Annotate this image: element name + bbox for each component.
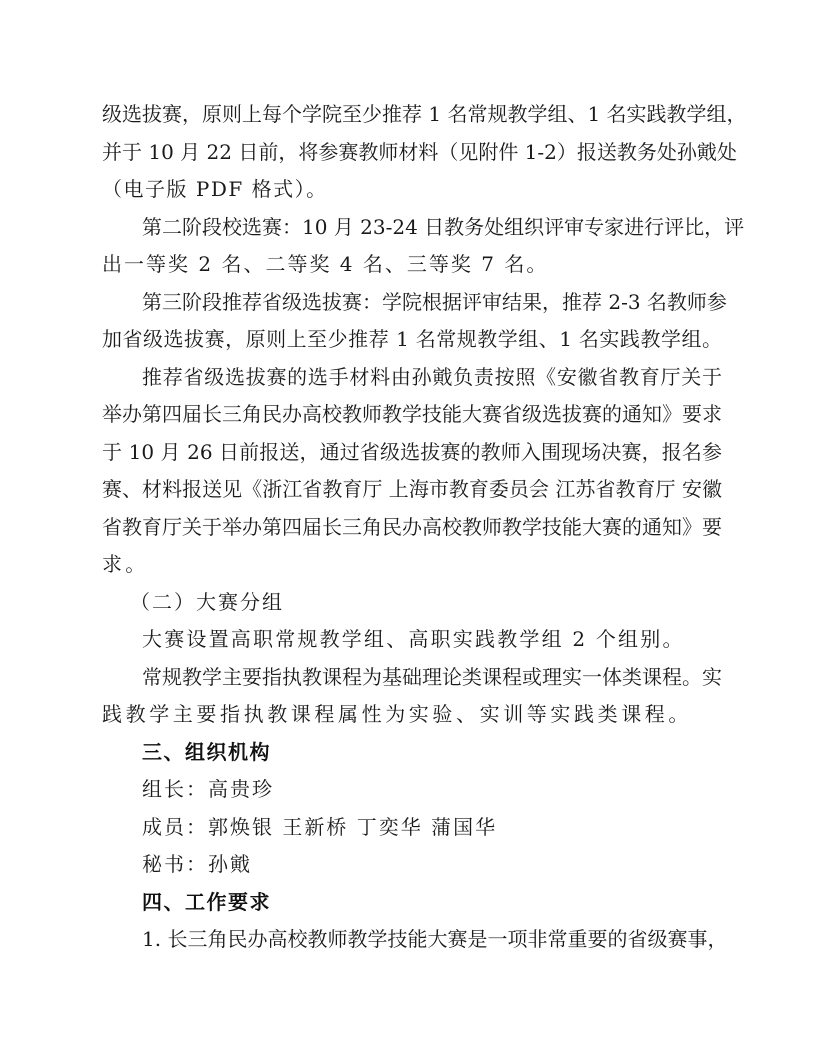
paragraph-line: 加省级选拔赛，原则上至少推荐 1 名常规教学组、1 名实践教学组。: [102, 324, 722, 354]
paragraph-line: 第二阶段校选赛：10 月 23-24 日教务处组织评审专家进行评比，评: [142, 212, 722, 242]
paragraph-line: 级选拔赛，原则上每个学院至少推荐 1 名常规教学组、1 名实践教学组，: [102, 99, 722, 129]
paragraph-line: 出一等奖 2 名、二等奖 4 名、三等奖 7 名。: [102, 249, 722, 279]
document-page: 级选拔赛，原则上每个学院至少推荐 1 名常规教学组、1 名实践教学组， 并于 1…: [0, 0, 816, 1056]
paragraph-line: 大赛设置高职常规教学组、高职实践教学组 2 个组别。: [142, 624, 722, 654]
paragraph-line: （电子版 PDF 格式）。: [102, 174, 722, 204]
paragraph-line: 秘书：孙戭: [142, 849, 722, 879]
section-heading: 四、工作要求: [142, 887, 722, 917]
paragraph-line: 举办第四届长三角民办高校教师教学技能大赛省级选拔赛的通知》要求: [102, 399, 722, 429]
paragraph-line: 践教学主要指执教课程属性为实验、实训等实践类课程。: [102, 699, 722, 729]
paragraph-line: 1. 长三角民办高校教师教学技能大赛是一项非常重要的省级赛事，: [142, 924, 722, 954]
paragraph-line: 推荐省级选拔赛的选手材料由孙戭负责按照《安徽省教育厅关于: [142, 362, 722, 392]
paragraph-line: 赛、材料报送见《浙江省教育厅 上海市教育委员会 江苏省教育厅 安徽: [102, 474, 722, 504]
paragraph-line: 第三阶段推荐省级选拔赛：学院根据评审结果，推荐 2-3 名教师参: [142, 287, 722, 317]
paragraph-line: 常规教学主要指执教课程为基础理论类课程或理实一体类课程。实: [142, 662, 722, 692]
section-subheading: （二）大赛分组: [130, 587, 750, 617]
paragraph-line: 成员：郭焕银 王新桥 丁奕华 蒲国华: [142, 812, 722, 842]
paragraph-line: 于 10 月 26 日前报送，通过省级选拔赛的教师入围现场决赛，报名参: [102, 437, 722, 467]
paragraph-line: 省教育厅关于举办第四届长三角民办高校教师教学技能大赛的通知》要: [102, 512, 722, 542]
paragraph-line: 求。: [102, 549, 722, 579]
paragraph-line: 组长：高贵珍: [142, 774, 722, 804]
paragraph-line: 并于 10 月 22 日前，将参赛教师材料（见附件 1-2）报送教务处孙戭处: [102, 137, 722, 167]
section-heading: 三、组织机构: [142, 737, 722, 767]
